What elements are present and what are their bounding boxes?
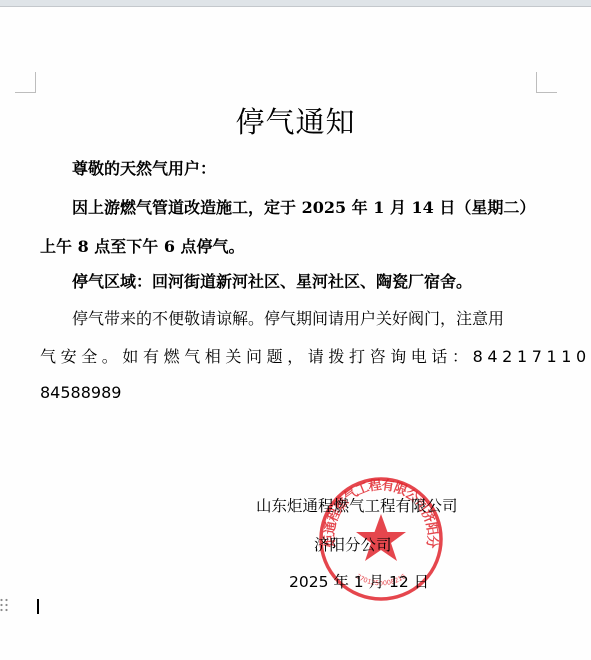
document-title: 停气通知: [0, 100, 591, 141]
paragraph-1-line-2: 上午 8 点至下午 6 点停气。: [40, 234, 245, 257]
signature-date: 2025 年 1 月 12 日: [289, 570, 429, 592]
salutation: 尊敬的天然气用户：: [72, 156, 216, 179]
grip-dots-icon[interactable]: [0, 598, 9, 612]
page-margin-corner-top-right: [536, 72, 557, 93]
paragraph-2-line-1: 停气带来的不便敬请谅解。停气期间请用户关好阀门，注意用: [72, 306, 504, 329]
signature-branch: 济阳分公司: [314, 533, 392, 555]
text-cursor[interactable]: [37, 599, 39, 614]
paragraph-2-line-2: 气安全。如有燃气相关问题，请拨打咨询电话：84217110: [40, 344, 591, 367]
paragraph-2-line-3: 84588989: [40, 383, 121, 402]
signature-company: 山东炬通程燃气工程有限公司: [256, 494, 458, 516]
paragraph-1-line-1: 因上游燃气管道改造施工，定于 2025 年 1 月 14 日（星期二）: [72, 195, 535, 218]
page-margin-corner-top-left: [15, 72, 36, 93]
window-top-bar: [0, 0, 591, 7]
outage-area: 停气区域：回河街道新河社区、星河社区、陶瓷厂宿舍。: [72, 269, 472, 292]
